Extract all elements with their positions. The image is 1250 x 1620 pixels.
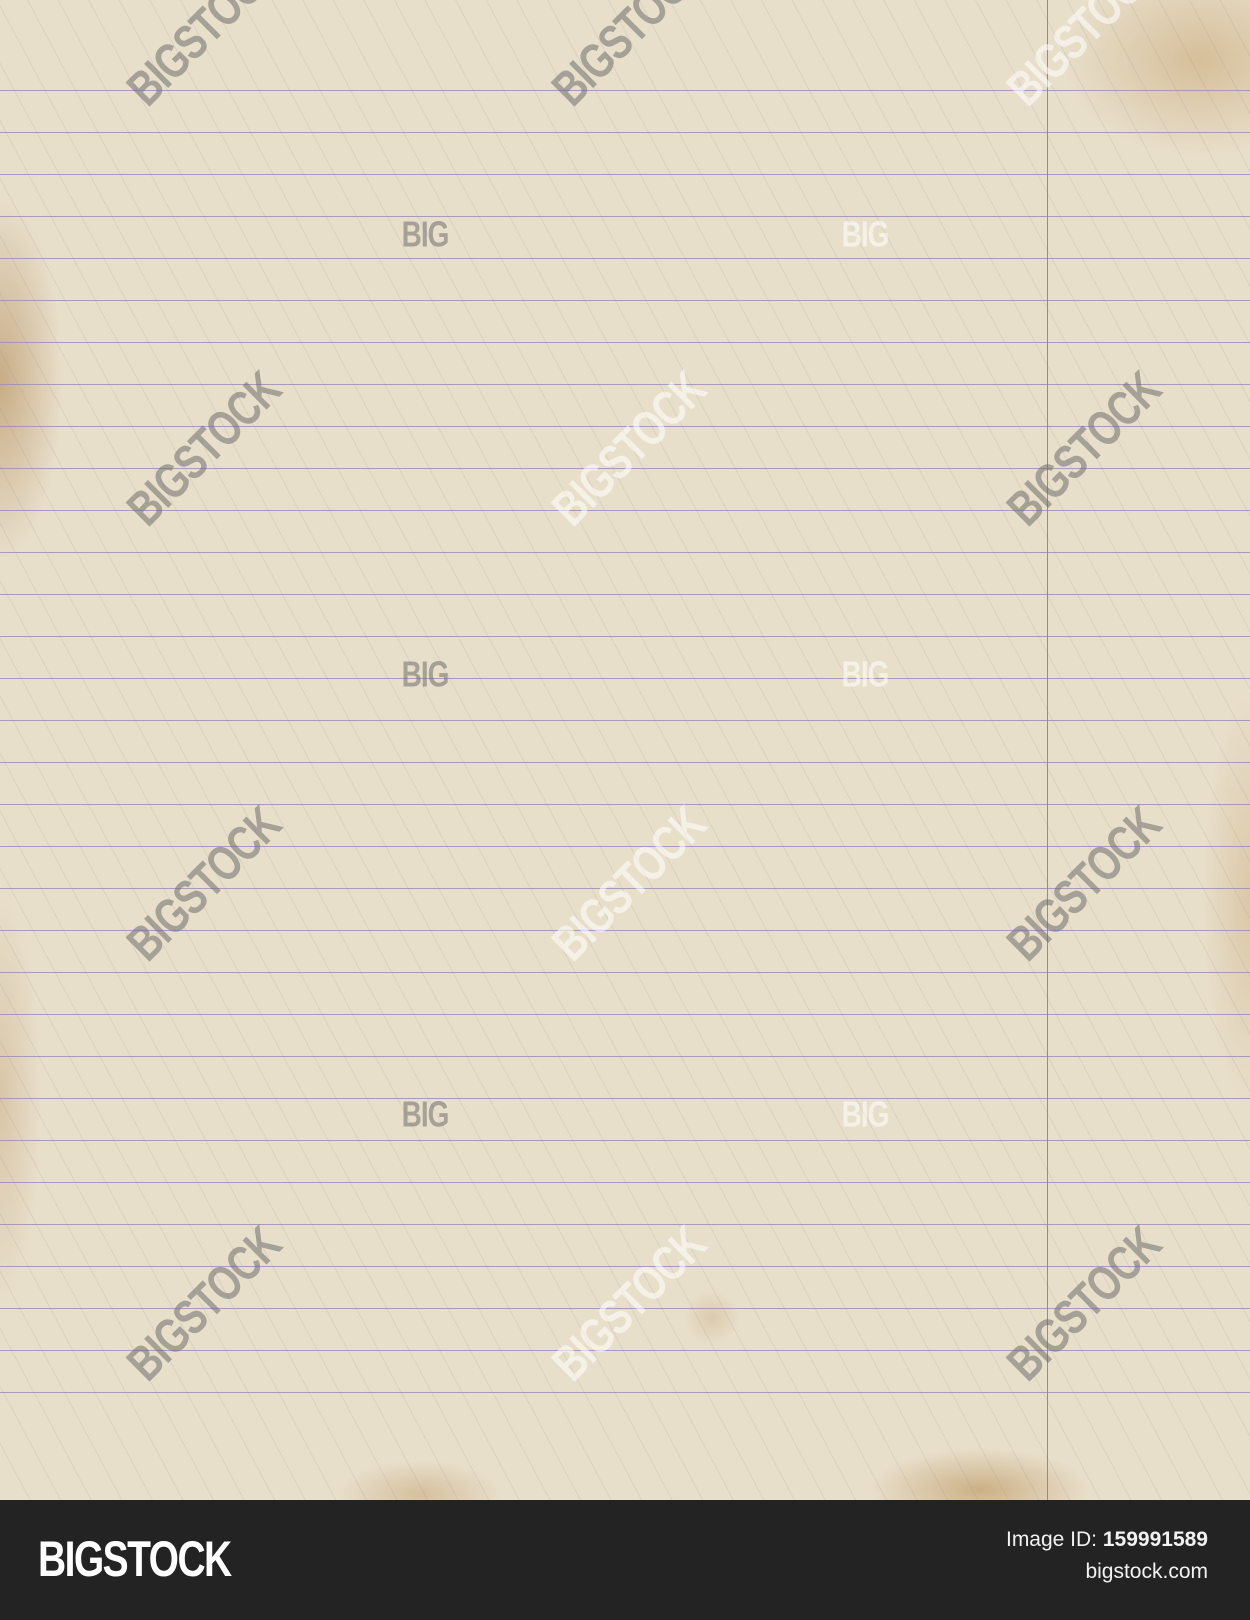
ruled-line	[0, 552, 1250, 553]
lined-paper-image: BIGSTOCKBIGSTOCKBIGSTOCKBIGSTOCKBIGSTOCK…	[0, 0, 1250, 1500]
watermark-big: BIG	[842, 654, 889, 696]
watermark-big: BIG	[402, 1094, 449, 1136]
footer-bar: BIGSTOCK Image ID: 159991589 bigstock.co…	[0, 1500, 1250, 1620]
ruled-line	[0, 1224, 1250, 1225]
bigstock-logo: BIGSTOCK	[38, 1530, 231, 1588]
ruled-line	[0, 594, 1250, 595]
ruled-line	[0, 132, 1250, 133]
ruled-line	[0, 1182, 1250, 1183]
ruled-line	[0, 300, 1250, 301]
image-id: Image ID: 159991589	[1006, 1528, 1208, 1552]
ruled-line	[0, 1392, 1250, 1393]
red-margin-line	[1047, 0, 1048, 1500]
image-id-value: 159991589	[1103, 1528, 1208, 1551]
watermark-big: BIG	[842, 1094, 889, 1136]
ruled-line	[0, 846, 1250, 847]
ruled-line	[0, 1266, 1250, 1267]
ruled-line	[0, 636, 1250, 637]
ruled-line	[0, 174, 1250, 175]
watermark-big: BIG	[402, 214, 449, 256]
ruled-line	[0, 1014, 1250, 1015]
ruled-line	[0, 804, 1250, 805]
watermark-big: BIG	[842, 214, 889, 256]
ruled-line	[0, 720, 1250, 721]
ruled-line	[0, 216, 1250, 217]
ruled-line	[0, 342, 1250, 343]
ruled-line	[0, 678, 1250, 679]
watermark-big: BIG	[402, 654, 449, 696]
ruled-line	[0, 1098, 1250, 1099]
ruled-line	[0, 762, 1250, 763]
ruled-line	[0, 258, 1250, 259]
image-id-label: Image ID:	[1006, 1528, 1097, 1551]
site-link[interactable]: bigstock.com	[1085, 1560, 1208, 1584]
ruled-line	[0, 384, 1250, 385]
ruled-line	[0, 1056, 1250, 1057]
ruled-line	[0, 972, 1250, 973]
ruled-line	[0, 1140, 1250, 1141]
